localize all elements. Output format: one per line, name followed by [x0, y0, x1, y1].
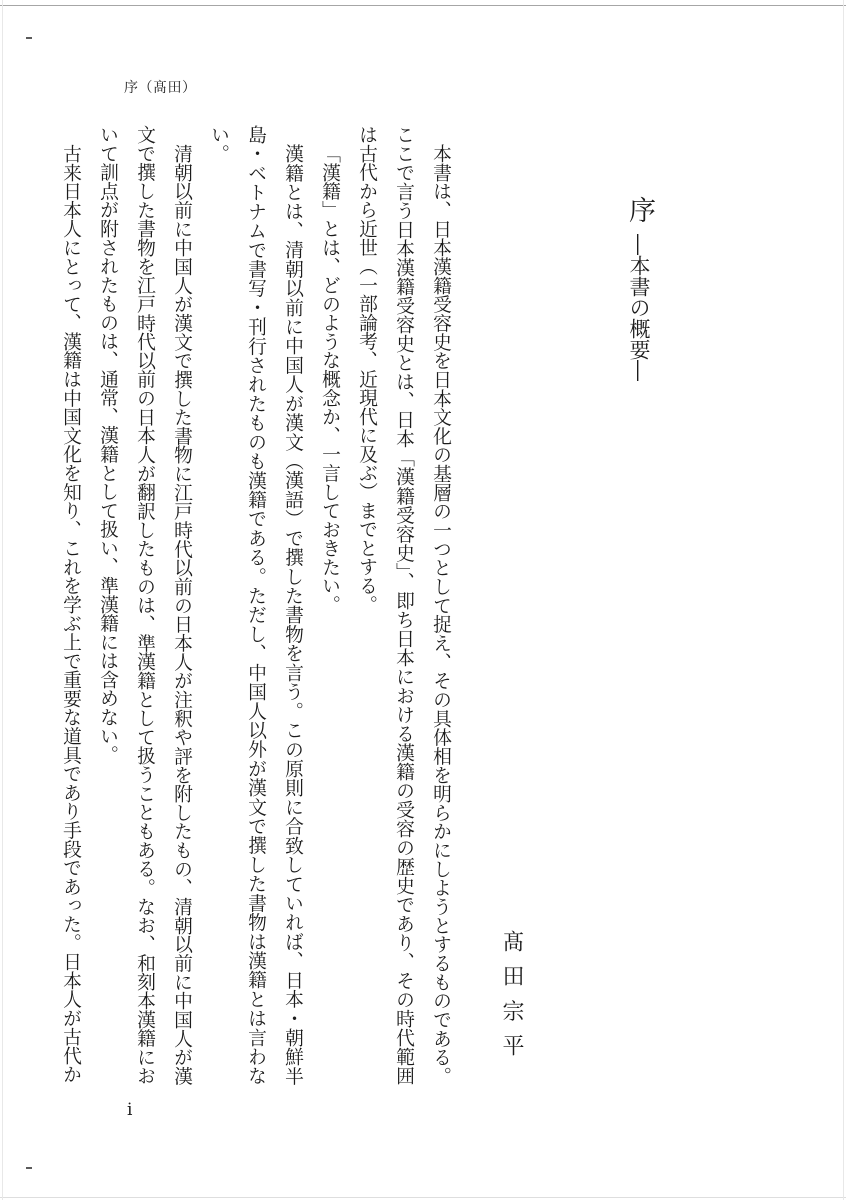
- margin-mark-bottom: [26, 1167, 32, 1169]
- scan-edge-left: [2, 0, 3, 1200]
- book-page: 序（髙田） 序―本書の概要― 髙田宗平 本書は、日本漢籍受容史を日本文化の基層の…: [0, 0, 846, 1200]
- scan-edge-top: [0, 5, 846, 6]
- body-text: 本書は、日本漢籍受容史を日本文化の基層の一つとして捉え、その具体相を明らかにしよ…: [89, 125, 459, 1085]
- running-header: 序（髙田）: [124, 77, 197, 97]
- scan-edge-right: [843, 0, 844, 1200]
- chapter-title-block: 序―本書の概要―: [623, 196, 655, 381]
- author-name: 髙田宗平: [496, 930, 527, 1069]
- scan-edge-bottom: [0, 1197, 846, 1198]
- chapter-subtitle: ―本書の概要―: [627, 234, 651, 381]
- paragraph-1: 本書は、日本漢籍受容史を日本文化の基層の一つとして捉え、その具体相を明らかにしよ…: [348, 125, 459, 1085]
- paragraph-5: 古来日本人にとって、漢籍は中国文化を知り、これを学ぶ上で重要な道具であり手段であ…: [52, 125, 89, 1085]
- paragraph-2: 「漢籍」とは、どのような概念か、一言しておきたい。: [311, 125, 348, 1085]
- paragraph-3: 漢籍とは、清朝以前に中国人が漢文（漢語）で撰した書物を言う。この原則に合致してい…: [200, 125, 311, 1085]
- paragraph-4: 清朝以前に中国人が漢文で撰した書物に江戸時代以前の日本人が注釈や評を附したもの、…: [89, 125, 200, 1085]
- margin-mark-top: [26, 37, 32, 39]
- chapter-title: 序: [624, 196, 655, 223]
- page-number: i: [127, 1100, 132, 1120]
